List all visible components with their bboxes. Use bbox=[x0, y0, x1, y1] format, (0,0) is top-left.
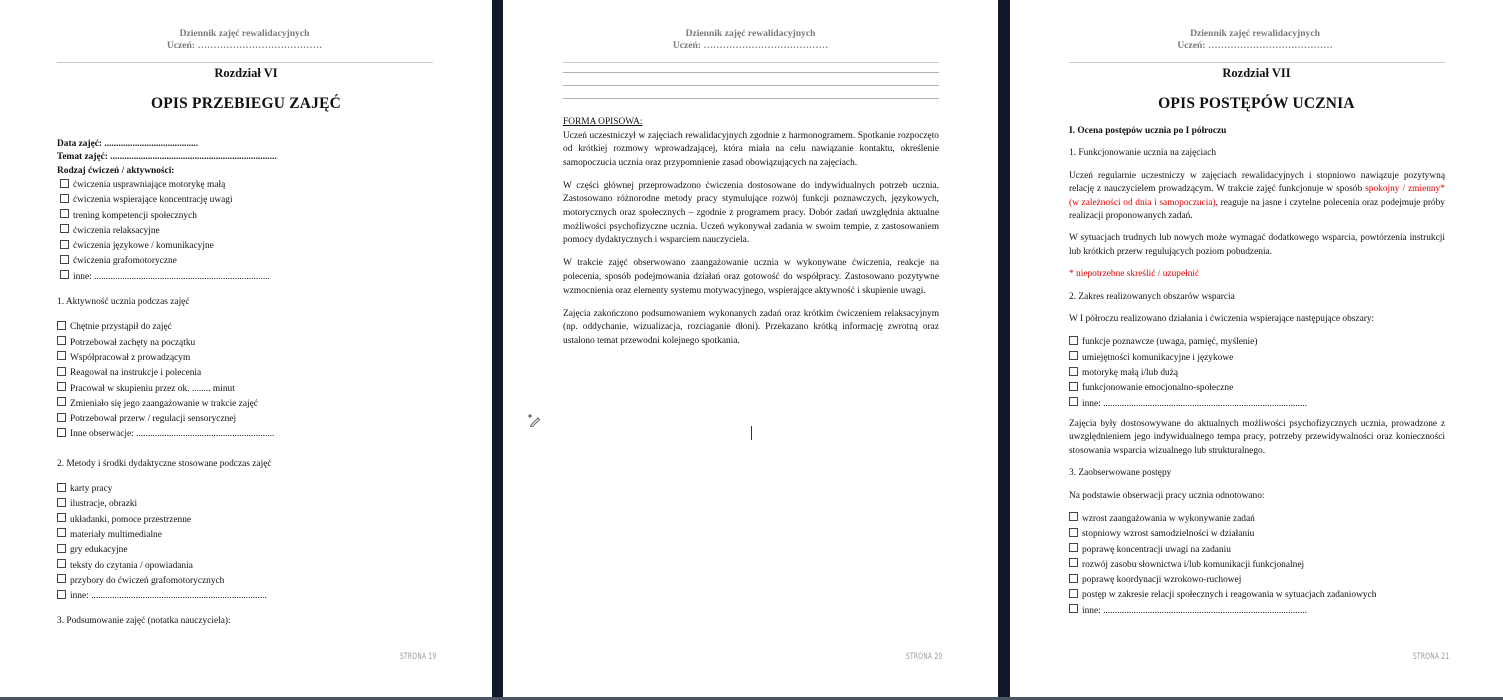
note: * niepotrzebne skreślić / uzupełnić bbox=[1069, 268, 1445, 281]
checkbox-item[interactable]: ćwiczenia usprawniające motorykę małą bbox=[60, 178, 437, 193]
checkbox-item[interactable]: motorykę małą i/lub dużą bbox=[1069, 366, 1445, 381]
checkbox-item[interactable]: przybory do ćwiczeń grafomotorycznych bbox=[57, 574, 437, 589]
checkbox-icon[interactable] bbox=[60, 209, 69, 218]
checkbox-icon[interactable] bbox=[57, 382, 66, 391]
checkbox-item[interactable]: ćwiczenia wspierające koncentrację uwagi bbox=[60, 193, 437, 208]
header-title: Dziennik zajęć rewalidacyjnych bbox=[0, 28, 492, 40]
checkbox-item[interactable]: karty pracy bbox=[57, 482, 437, 497]
checkbox-item[interactable]: Reagował na instrukcje i polecenia bbox=[57, 366, 437, 381]
page-content: I. Ocena postępów ucznia po I półroczu 1… bbox=[1069, 125, 1445, 619]
section-intro: W I półroczu realizowano działania i ćwi… bbox=[1069, 313, 1445, 326]
checkbox-icon[interactable] bbox=[57, 559, 66, 568]
chapter-heading: Rozdział VI bbox=[0, 66, 492, 81]
section-heading: 3. Zaobserwowane postępy bbox=[1069, 467, 1445, 480]
header-student-field: Uczeń: ………………………………… bbox=[1010, 40, 1503, 52]
part-heading: I. Ocena postępów ucznia po I półroczu bbox=[1069, 125, 1445, 138]
checkbox-item[interactable]: funkcje poznawcze (uwaga, pamięć, myślen… bbox=[1069, 335, 1445, 350]
checkbox-item[interactable]: Pracował w skupieniu przez ok. ........ … bbox=[57, 382, 437, 397]
activity-list: Chętnie przystąpił do zajęć Potrzebował … bbox=[57, 320, 437, 442]
checkbox-item[interactable]: materiały multimedialne bbox=[57, 528, 437, 543]
section-heading: 1. Aktywność ucznia podczas zajęć bbox=[57, 295, 437, 310]
blank-line[interactable]: ........................................… bbox=[563, 90, 939, 103]
checkbox-item[interactable]: poprawę koordynacji wzrokowo-ruchowej bbox=[1069, 573, 1445, 588]
page-number: STRONA 19 bbox=[400, 652, 436, 662]
section-intro: Na podstawie obserwacji pracy ucznia odn… bbox=[1069, 490, 1445, 503]
checkbox-icon[interactable] bbox=[57, 367, 66, 376]
page-header: Dziennik zajęć rewalidacyjnych Uczeń: ……… bbox=[503, 28, 998, 52]
checkbox-icon[interactable] bbox=[1069, 604, 1078, 613]
checkbox-item[interactable]: umiejętności komunikacyjne i językowe bbox=[1069, 351, 1445, 366]
checkbox-icon[interactable] bbox=[1069, 528, 1078, 537]
checkbox-icon[interactable] bbox=[60, 194, 69, 203]
checkbox-icon[interactable] bbox=[1069, 336, 1078, 345]
checkbox-icon[interactable] bbox=[57, 498, 66, 507]
support-areas-list: funkcje poznawcze (uwaga, pamięć, myślen… bbox=[1069, 335, 1445, 411]
checkbox-icon[interactable] bbox=[57, 413, 66, 422]
page-21: Dziennik zajęć rewalidacyjnych Uczeń: ……… bbox=[1010, 0, 1503, 697]
checkbox-icon[interactable] bbox=[1069, 351, 1078, 360]
checkbox-icon[interactable] bbox=[57, 321, 66, 330]
header-divider bbox=[1069, 62, 1445, 63]
activity-types-label: Rodzaj ćwiczeń / aktywności: bbox=[57, 164, 437, 178]
section-heading: 2. Metody i środki dydaktyczne stosowane… bbox=[57, 457, 437, 472]
methods-list: karty pracy ilustracje, obrazki układank… bbox=[57, 482, 437, 604]
paragraph: W trakcie zajęć obserwowano zaangażowani… bbox=[563, 257, 939, 298]
checkbox-item[interactable]: Współpracował z prowadzącym bbox=[57, 351, 437, 366]
header-student-field: Uczeń: ………………………………… bbox=[503, 40, 998, 52]
checkbox-icon[interactable] bbox=[1069, 574, 1078, 583]
checkbox-icon[interactable] bbox=[1069, 512, 1078, 521]
checkbox-item[interactable]: inne: ..................................… bbox=[57, 589, 437, 604]
page-header: Dziennik zajęć rewalidacyjnych Uczeń: ……… bbox=[1010, 28, 1503, 52]
header-divider bbox=[57, 62, 433, 63]
page-20: Dziennik zajęć rewalidacyjnych Uczeń: ……… bbox=[503, 0, 998, 697]
activity-types-list: ćwiczenia usprawniające motorykę małą ćw… bbox=[57, 178, 437, 285]
blank-line[interactable]: ........................................… bbox=[563, 64, 939, 77]
checkbox-icon[interactable] bbox=[60, 224, 69, 233]
blank-line[interactable]: ........................................… bbox=[563, 77, 939, 90]
header-student-field: Uczeń: ………………………………… bbox=[0, 40, 492, 52]
checkbox-icon[interactable] bbox=[57, 513, 66, 522]
checkbox-item[interactable]: ćwiczenia grafomotoryczne bbox=[60, 254, 437, 269]
checkbox-item[interactable]: Chętnie przystąpił do zajęć bbox=[57, 320, 437, 335]
section-heading: 3. Podsumowanie zajęć (notatka nauczycie… bbox=[57, 614, 437, 629]
checkbox-item[interactable]: trening kompetencji społecznych bbox=[60, 209, 437, 224]
form-label: FORMA OPISOWA: bbox=[563, 116, 939, 130]
checkbox-item[interactable]: Inne obserwacje: .......................… bbox=[57, 427, 437, 442]
checkbox-icon[interactable] bbox=[57, 336, 66, 345]
header-title: Dziennik zajęć rewalidacyjnych bbox=[503, 28, 998, 40]
checkbox-icon[interactable] bbox=[1069, 589, 1078, 598]
checkbox-item[interactable]: inne: ..................................… bbox=[1069, 397, 1445, 412]
checkbox-icon[interactable] bbox=[60, 270, 69, 279]
date-field[interactable]: Data zajęć: ............................… bbox=[57, 138, 437, 151]
checkbox-icon[interactable] bbox=[57, 483, 66, 492]
page-header: Dziennik zajęć rewalidacyjnych Uczeń: ……… bbox=[0, 28, 492, 52]
checkbox-item[interactable]: stopniowy wzrost samodzielności w działa… bbox=[1069, 527, 1445, 542]
checkbox-icon[interactable] bbox=[57, 397, 66, 406]
header-title: Dziennik zajęć rewalidacyjnych bbox=[1010, 28, 1503, 40]
paragraph: W części głównej przeprowadzono ćwiczeni… bbox=[563, 180, 939, 248]
checkbox-icon[interactable] bbox=[57, 544, 66, 553]
paragraph: W sytuacjach trudnych lub nowych może wy… bbox=[1069, 232, 1445, 259]
checkbox-icon[interactable] bbox=[60, 255, 69, 264]
checkbox-item[interactable]: rozwój zasobu słownictwa i/lub komunikac… bbox=[1069, 558, 1445, 573]
checkbox-item[interactable]: gry edukacyjne bbox=[57, 543, 437, 558]
checkbox-icon[interactable] bbox=[1069, 367, 1078, 376]
checkbox-icon[interactable] bbox=[57, 351, 66, 360]
page-title: OPIS PRZEBIEGU ZAJĘĆ bbox=[0, 95, 492, 113]
checkbox-item[interactable]: inne: ..................................… bbox=[1069, 604, 1445, 619]
page-19: Dziennik zajęć rewalidacyjnych Uczeń: ……… bbox=[0, 0, 492, 697]
checkbox-icon[interactable] bbox=[57, 528, 66, 537]
checkbox-item[interactable]: Zmieniało się jego zaangażowanie w trakc… bbox=[57, 397, 437, 412]
text-cursor bbox=[751, 426, 752, 440]
checkbox-item[interactable]: ilustracje, obrazki bbox=[57, 497, 437, 512]
paragraph: Zajęcia były dostosowywane do aktualnych… bbox=[1069, 418, 1445, 458]
section-heading: 1. Funkcjonowanie ucznia na zajęciach bbox=[1069, 147, 1445, 160]
paragraph: Uczeń regularnie uczestniczy w zajęciach… bbox=[1069, 170, 1445, 224]
checkbox-icon[interactable] bbox=[57, 428, 66, 437]
checkbox-icon[interactable] bbox=[1069, 543, 1078, 552]
pen-sparkle-icon[interactable] bbox=[527, 413, 541, 427]
checkbox-item[interactable]: teksty do czytania / opowiadania bbox=[57, 559, 437, 574]
checkbox-icon[interactable] bbox=[57, 590, 66, 599]
checkbox-item[interactable]: Potrzebował przerw / regulacji sensorycz… bbox=[57, 412, 437, 427]
checkbox-item[interactable]: wzrost zaangażowania w wykonywanie zadań bbox=[1069, 512, 1445, 527]
checkbox-icon[interactable] bbox=[1069, 397, 1078, 406]
checkbox-item[interactable]: poprawę koncentracji uwagi na zadaniu bbox=[1069, 543, 1445, 558]
checkbox-icon[interactable] bbox=[1069, 382, 1078, 391]
checkbox-icon[interactable] bbox=[60, 179, 69, 188]
page-content: Data zajęć: ............................… bbox=[57, 138, 437, 630]
section-heading: 2. Zakres realizowanych obszarów wsparci… bbox=[1069, 291, 1445, 304]
checkbox-item[interactable]: Potrzebował zachęty na początku bbox=[57, 336, 437, 351]
checkbox-item[interactable]: postęp w zakresie relacji społecznych i … bbox=[1069, 588, 1445, 603]
checkbox-icon[interactable] bbox=[60, 240, 69, 249]
page-content: ........................................… bbox=[563, 64, 939, 358]
checkbox-icon[interactable] bbox=[1069, 558, 1078, 567]
paragraph: Uczeń uczestniczył w zajęciach rewalidac… bbox=[563, 130, 939, 171]
page-number: STRONA 20 bbox=[906, 652, 942, 662]
checkbox-item[interactable]: ćwiczenia relaksacyjne bbox=[60, 224, 437, 239]
checkbox-icon[interactable] bbox=[57, 574, 66, 583]
header-divider bbox=[563, 62, 939, 63]
checkbox-item[interactable]: funkcjonowanie emocjonalno-społeczne bbox=[1069, 381, 1445, 396]
paragraph: Zajęcia zakończono podsumowaniem wykonan… bbox=[563, 308, 939, 349]
checkbox-item[interactable]: inne: ..................................… bbox=[60, 270, 437, 285]
checkbox-item[interactable]: układanki, pomoce przestrzenne bbox=[57, 513, 437, 528]
page-number: STRONA 21 bbox=[1413, 652, 1449, 662]
chapter-heading: Rozdział VII bbox=[1010, 66, 1503, 81]
page-title: OPIS POSTĘPÓW UCZNIA bbox=[1010, 95, 1503, 113]
checkbox-item[interactable]: ćwiczenia językowe / komunikacyjne bbox=[60, 239, 437, 254]
topic-field[interactable]: Temat zajęć: ...........................… bbox=[57, 151, 437, 164]
progress-list: wzrost zaangażowania w wykonywanie zadań… bbox=[1069, 512, 1445, 619]
